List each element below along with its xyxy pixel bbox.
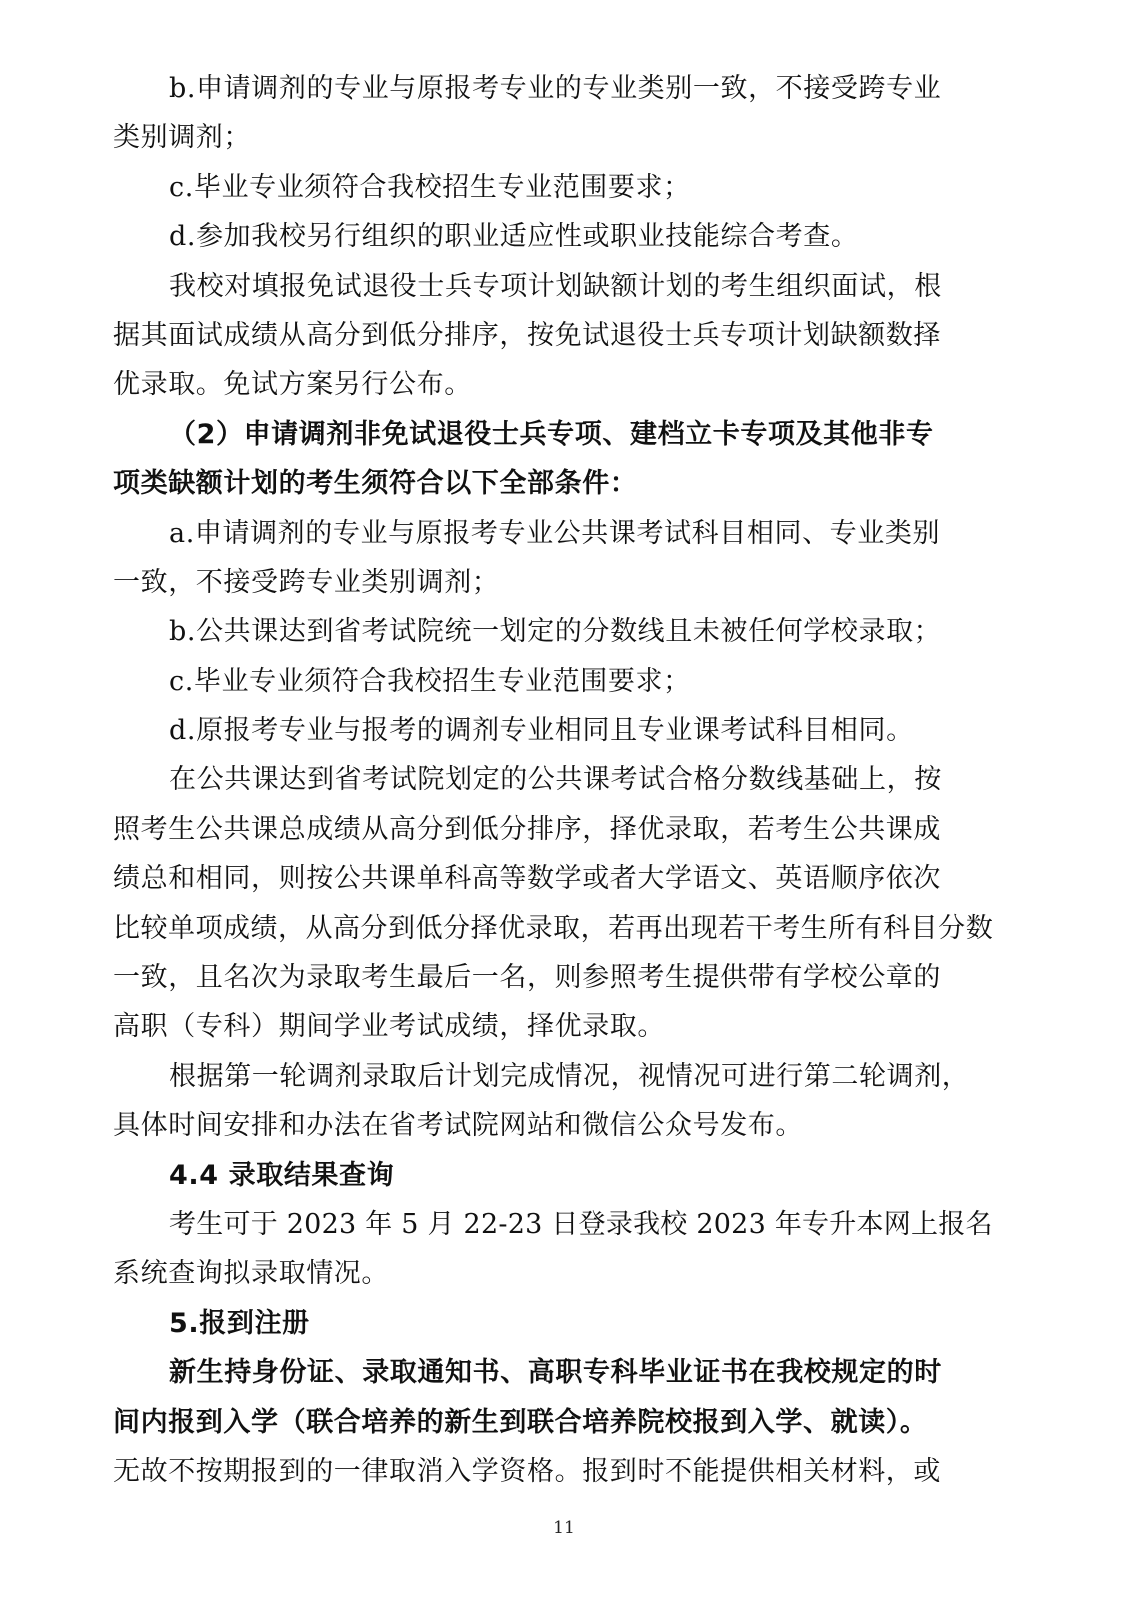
- page-number: 11: [0, 1518, 1128, 1538]
- text-line: c.毕业专业须符合我校招生专业范围要求；: [113, 163, 993, 212]
- text-line: b.申请调剂的专业与原报考专业的专业类别一致，不接受跨专业: [113, 64, 993, 113]
- body-text: b.申请调剂的专业与原报考专业的专业类别一致，不接受跨专业类别调剂；c.毕业专业…: [113, 64, 993, 1496]
- text-line: 我校对填报免试退役士兵专项计划缺额计划的考生组织面试，根: [113, 262, 993, 311]
- text-line: 在公共课达到省考试院划定的公共课考试合格分数线基础上，按: [113, 755, 993, 804]
- heading-line: （2）申请调剂非免试退役士兵专项、建档立卡专项及其他非专: [113, 410, 993, 459]
- text-line: 绩总和相同，则按公共课单科高等数学或者大学语文、英语顺序依次: [113, 854, 993, 903]
- heading-line: 4.4 录取结果查询: [113, 1151, 993, 1200]
- text-line: 具体时间安排和办法在省考试院网站和微信公众号发布。: [113, 1101, 993, 1150]
- text-line: 比较单项成绩，从高分到低分择优录取，若再出现若干考生所有科目分数: [113, 904, 993, 953]
- text-line: 根据第一轮调剂录取后计划完成情况，视情况可进行第二轮调剂，: [113, 1052, 993, 1101]
- text-line: 一致，不接受跨专业类别调剂；: [113, 558, 993, 607]
- text-line: 一致，且名次为录取考生最后一名，则参照考生提供带有学校公章的: [113, 953, 993, 1002]
- text-line: 考生可于 2023 年 5 月 22-23 日登录我校 2023 年专升本网上报…: [113, 1200, 993, 1249]
- text-line: 系统查询拟录取情况。: [113, 1249, 993, 1298]
- text-line: d.原报考专业与报考的调剂专业相同且专业课考试科目相同。: [113, 706, 993, 755]
- text-line: 优录取。免试方案另行公布。: [113, 360, 993, 409]
- heading-line: 间内报到入学（联合培养的新生到联合培养院校报到入学、就读）。: [113, 1398, 993, 1447]
- text-line: d.参加我校另行组织的职业适应性或职业技能综合考查。: [113, 212, 993, 261]
- text-line: 类别调剂；: [113, 113, 993, 162]
- text-line: a.申请调剂的专业与原报考专业公共课考试科目相同、专业类别: [113, 509, 993, 558]
- text-line: 照考生公共课总成绩从高分到低分排序，择优录取，若考生公共课成: [113, 805, 993, 854]
- text-line: b.公共课达到省考试院统一划定的分数线且未被任何学校录取；: [113, 607, 993, 656]
- heading-line: 新生持身份证、录取通知书、高职专科毕业证书在我校规定的时: [113, 1348, 993, 1397]
- text-line: c.毕业专业须符合我校招生专业范围要求；: [113, 657, 993, 706]
- text-line: 据其面试成绩从高分到低分排序，按免试退役士兵专项计划缺额数择: [113, 311, 993, 360]
- document-page: b.申请调剂的专业与原报考专业的专业类别一致，不接受跨专业类别调剂；c.毕业专业…: [0, 0, 1128, 1624]
- text-line: 无故不按期报到的一律取消入学资格。报到时不能提供相关材料，或: [113, 1447, 993, 1496]
- heading-line: 5.报到注册: [113, 1299, 993, 1348]
- text-line: 高职（专科）期间学业考试成绩，择优录取。: [113, 1002, 993, 1051]
- heading-line: 项类缺额计划的考生须符合以下全部条件：: [113, 459, 993, 508]
